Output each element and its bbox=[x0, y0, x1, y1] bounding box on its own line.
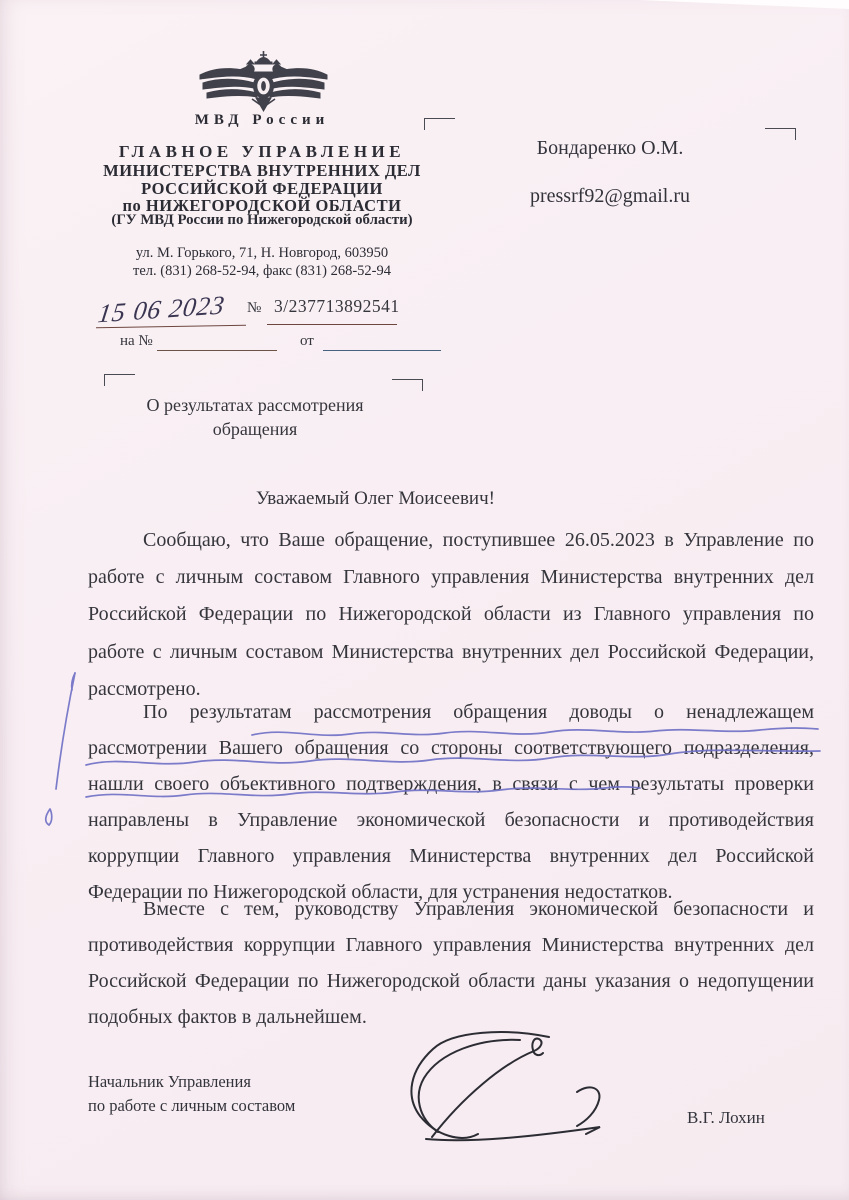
org-phone: тел. (831) 268-52-94, факс (831) 268-52-… bbox=[72, 263, 452, 280]
salutation: Уважаемый Олег Моисеевич! bbox=[256, 488, 495, 510]
body-line: Российской Федерации по Нижегородской об… bbox=[88, 963, 814, 999]
body-line: противодействия коррупции Главного управ… bbox=[88, 927, 814, 963]
margin-pen-stroke bbox=[56, 673, 75, 789]
corner-mark bbox=[765, 128, 796, 140]
body-line: направлены в Управление экономической бе… bbox=[88, 802, 814, 838]
signer-name: В.Г. Лохин bbox=[687, 1108, 765, 1128]
subject-line: О результатах рассмотрения обращения bbox=[95, 393, 415, 441]
paragraph-2: По результатам рассмотрения обращения до… bbox=[88, 694, 814, 910]
outgoing-number-underline bbox=[267, 324, 397, 325]
number-sign: № bbox=[247, 300, 261, 317]
body-line: Сообщаю, что Ваше обращение, поступившее… bbox=[88, 522, 814, 559]
signer-title-line-1: Начальник Управления bbox=[88, 1070, 295, 1094]
body-line: Вместе с тем, руководству Управления эко… bbox=[88, 891, 814, 927]
incoming-number-blank bbox=[157, 350, 277, 351]
org-name-line-1: ГЛАВНОЕ УПРАВЛЕНИЕ bbox=[72, 142, 452, 162]
recipient-name: Бондаренко О.М. bbox=[455, 137, 765, 160]
paragraph-1: Сообщаю, что Ваше обращение, поступившее… bbox=[88, 522, 814, 708]
body-line: Российской Федерации по Нижегородской об… bbox=[88, 596, 814, 633]
subject-line-1: О результатах рассмотрения bbox=[95, 393, 415, 417]
org-name-line-2: МИНИСТЕРСТВА ВНУТРЕННИХ ДЕЛ bbox=[72, 161, 452, 181]
body-line: коррупции Главного управления Министерст… bbox=[88, 838, 814, 874]
body-line: работе с личным составом Главного управл… bbox=[88, 559, 814, 596]
body-line: По результатам рассмотрения обращения до… bbox=[88, 694, 814, 730]
corner-mark bbox=[424, 118, 455, 130]
handwritten-date: 15 06 2023 bbox=[96, 289, 250, 330]
subject-line-2: обращения bbox=[95, 417, 415, 441]
margin-pen-stroke bbox=[72, 673, 75, 690]
handwritten-signature-scribble bbox=[411, 1032, 600, 1140]
incoming-number-label: на № bbox=[120, 333, 153, 350]
recipient-email: pressrf92@gmail.ru bbox=[455, 185, 765, 208]
scan-edge-artifact bbox=[639, 0, 849, 9]
org-address: ул. М. Горького, 71, Н. Новгород, 603950 bbox=[72, 245, 452, 262]
body-line: рассмотрении Вашего обращения со стороны… bbox=[88, 730, 814, 766]
from-date-blank bbox=[323, 350, 441, 351]
margin-pen-tick bbox=[46, 809, 52, 825]
body-line: подобных фактов в дальнейшем. bbox=[88, 999, 814, 1035]
signer-title: Начальник Управления по работе с личным … bbox=[88, 1070, 295, 1118]
corner-mark bbox=[392, 379, 423, 391]
scanned-letter-page: МВД России ГЛАВНОЕ УПРАВЛЕНИЕ МИНИСТЕРСТ… bbox=[0, 0, 849, 1200]
body-line: нашли своего объективного подтверждения,… bbox=[88, 766, 814, 802]
paragraph-3: Вместе с тем, руководству Управления эко… bbox=[88, 891, 814, 1035]
org-name-abbrev: (ГУ МВД России по Нижегородской области) bbox=[72, 212, 452, 229]
from-date-label: от bbox=[300, 333, 314, 350]
corner-mark bbox=[104, 374, 135, 386]
body-line: работе с личным составом Министерства вн… bbox=[88, 634, 814, 671]
outgoing-number: 3/237713892541 bbox=[274, 296, 400, 317]
ministry-label: МВД России bbox=[72, 112, 452, 129]
mvd-double-headed-eagle-icon bbox=[197, 48, 330, 112]
signer-title-line-2: по работе с личным составом bbox=[88, 1094, 295, 1118]
